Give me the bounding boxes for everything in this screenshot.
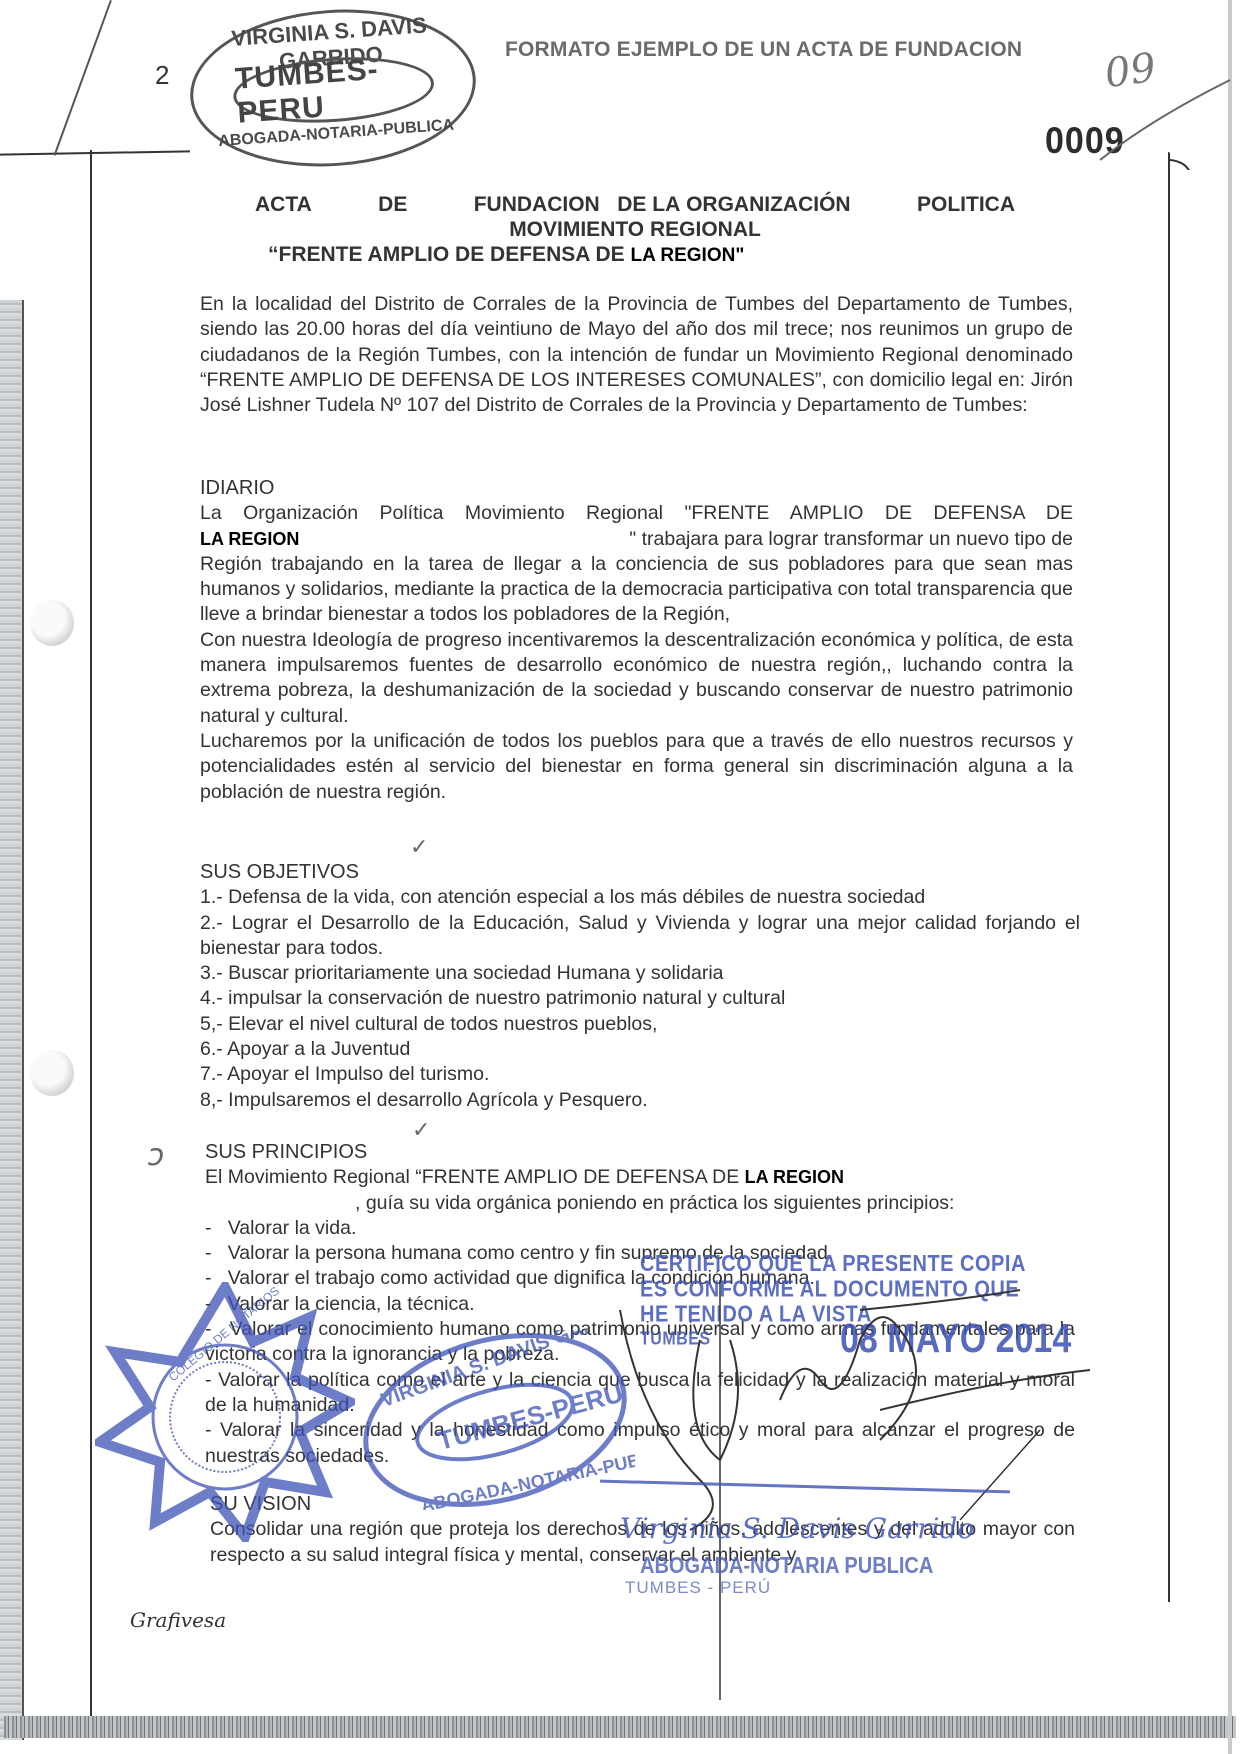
title-line-1: ACTA DE FUNDACION DE LA ORGANIZACIÓN POL…: [255, 193, 1015, 217]
title-word: ORGANIZACIÓN: [686, 193, 851, 216]
scan-edge-bottom: [4, 1716, 1236, 1738]
header-title: FORMATO EJEMPLO DE UN ACTA DE FUNDACION: [505, 38, 1022, 62]
objetivos-section: SUS OBJETIVOS 1.- Defensa de la vida, co…: [200, 860, 1080, 1113]
ideario-line: LA REGION " trabajara para lograr transf…: [200, 527, 1073, 552]
title-word: FUNDACION: [474, 193, 600, 216]
list-item: 5,- Elevar el nivel cultural de todos nu…: [200, 1012, 1080, 1037]
scan-edge-left: [0, 300, 24, 1740]
title-line-3: “FRENTE AMPLIO DE DEFENSA DE LA REGION": [268, 243, 744, 267]
ideario-heading: IDIARIO: [200, 476, 1073, 501]
punch-hole-icon: [30, 1050, 74, 1096]
intro-text: En la localidad del Distrito de Corrales…: [200, 292, 1073, 418]
list-item: - Valorar la vida.: [205, 1216, 1075, 1241]
list-item-text: Valorar la vida.: [228, 1217, 357, 1239]
list-item: 6.- Apoyar a la Juventud: [200, 1037, 1080, 1062]
folio-stroke: [1040, 60, 1240, 170]
principios-intro-text: , guía su vida orgánica poniendo en prác…: [205, 1191, 1075, 1216]
region-placeholder: LA REGION: [200, 527, 299, 552]
notary-name-signature: Virginia S. Davis Garrido: [620, 1512, 974, 1545]
page-frame-left: [90, 150, 92, 1716]
ideario-line: La Organización Política Movimiento Regi…: [200, 501, 1073, 526]
punch-hole-icon: [30, 600, 74, 646]
handwritten-signature: [580, 1280, 1100, 1700]
ideario-line-rest: " trabajara para lograr transformar un n…: [629, 527, 1073, 552]
list-item: 4.- impulsar la conservación de nuestro …: [200, 986, 1080, 1011]
title-region: LA REGION": [630, 245, 744, 266]
ideario-paragraph: Región trabajando en la tarea de llegar …: [200, 552, 1073, 628]
notary-college-seal: COLEGIO DE NOTARIOS: [95, 1282, 355, 1542]
page-frame-right: [1168, 152, 1170, 1602]
notary-stamp-top: VIRGINIA S. DAVIS GARRIDO TUMBES-PERU AB…: [185, 0, 481, 176]
cert-line: CERTIFICO QUE LA PRESENTE COPIA: [640, 1251, 1026, 1276]
ideario-section: IDIARIO La Organización Política Movimie…: [200, 476, 1073, 805]
page-number: 2: [155, 60, 169, 91]
principios-intro-text: El Movimiento Regional “FRENTE AMPLIO DE…: [205, 1166, 745, 1188]
intro-paragraph: En la localidad del Distrito de Corrales…: [200, 292, 1073, 418]
handwritten-mark: ↄ: [148, 1138, 164, 1173]
title-word: ACTA: [255, 193, 312, 217]
title-movement-name: “FRENTE AMPLIO DE DEFENSA DE: [268, 243, 630, 266]
principios-heading: SUS PRINCIPIOS: [205, 1140, 1075, 1165]
notary-city: TUMBES - PERÚ: [625, 1578, 771, 1598]
ideario-paragraph: Con nuestra Ideología de progreso incent…: [200, 628, 1073, 729]
list-item: 8,- Impulsaremos el desarrollo Agrícola …: [200, 1088, 1080, 1113]
page-frame-top: [0, 150, 190, 155]
list-item: 2.- Lograr el Desarrollo de la Educación…: [200, 911, 1080, 962]
stamp-center: TUMBES-PERU: [231, 51, 436, 129]
objetivos-heading: SUS OBJETIVOS: [200, 860, 1080, 885]
ideario-paragraph: Lucharemos por la unificación de todos l…: [200, 729, 1073, 805]
notary-title: ABOGADA-NOTARIA PUBLICA: [640, 1553, 933, 1579]
list-item: 7.- Apoyar el Impulso del turismo.: [200, 1062, 1080, 1087]
corner-line: [54, 0, 112, 156]
title-word: POLITICA: [917, 193, 1015, 217]
scan-edge-right: [1228, 0, 1232, 1754]
list-item: 3.- Buscar prioritariamente una sociedad…: [200, 961, 1080, 986]
region-placeholder: LA REGION: [745, 1167, 844, 1187]
title-line-2: MOVIMIENTO REGIONAL: [0, 218, 1240, 242]
checkmark-icon: ✓: [410, 835, 428, 860]
list-item: 1.- Defensa de la vida, con atención esp…: [200, 885, 1080, 910]
principios-intro: El Movimiento Regional “FRENTE AMPLIO DE…: [205, 1165, 1075, 1190]
title-word: DE LA: [617, 193, 680, 216]
printer-mark: Grafivesa: [130, 1608, 226, 1632]
title-word: DE: [378, 193, 407, 217]
